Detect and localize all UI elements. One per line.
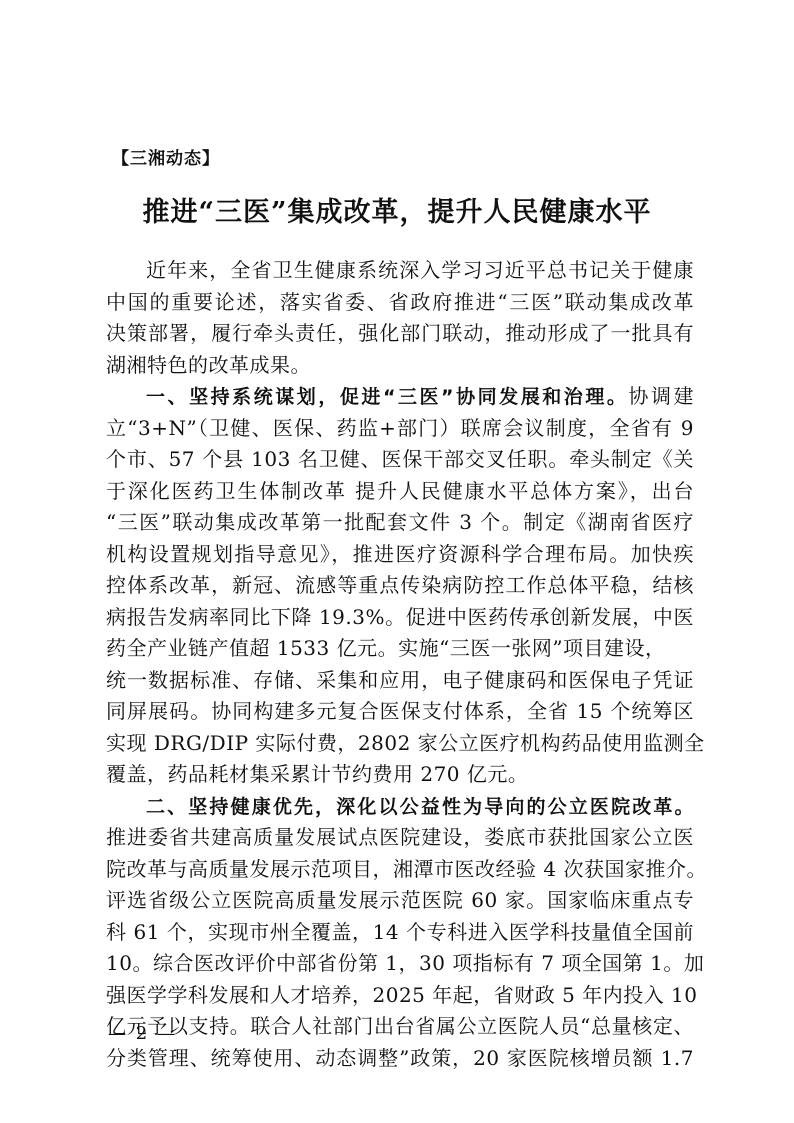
text-line: 同屏展码。协同构建多元复合医保支付体系，全省 15 个统筹区 bbox=[106, 696, 694, 728]
text-line: 中国的重要论述，落实省委、省政府推进“三医”联动集成改革 bbox=[106, 287, 694, 319]
section-1-heading: 一、坚持系统谋划，促进“三医”协同发展和治理。 bbox=[146, 386, 628, 408]
document-page: 【三湘动态】 推进“三医”集成改革，提升人民健康水平 近年来，全省卫生健康系统深… bbox=[0, 0, 794, 1123]
text-line: 分类管理、统筹使用、动态调整”政策，20 家医院核增员额 1.7 bbox=[106, 1043, 694, 1075]
text-line: 科 61 个，实现市州全覆盖，14 个专科进入医学科技量值全国前 bbox=[106, 917, 694, 949]
text-line: “三医”联动集成改革第一批配套文件 3 个。制定《湖南省医疗 bbox=[106, 507, 694, 539]
text-line: 控体系改革，新冠、流感等重点传染病防控工作总体平稳，结核 bbox=[106, 570, 694, 602]
text-line: 立“3+N”（卫健、医保、药监+部门）联席会议制度，全省有 9 bbox=[106, 413, 694, 445]
section-heading-line: 一、坚持系统谋划，促进“三医”协同发展和治理。协调建 bbox=[106, 381, 694, 413]
text-line: 药全产业链产值超 1533 亿元。实施“三医一张网”项目建设， bbox=[106, 633, 694, 665]
text-line: 亿元予以支持。联合人社部门出台省属公立医院人员“总量核定、 bbox=[106, 1011, 694, 1043]
text-line: 个市、57 个县 103 名卫健、医保干部交叉任职。牵头制定《关 bbox=[106, 444, 694, 476]
text-line: 院改革与高质量发展示范项目，湘潭市医改经验 4 次获国家推介。 bbox=[106, 854, 694, 886]
text-line: 于深化医药卫生体制改革 提升人民健康水平总体方案》，出台 bbox=[106, 476, 694, 508]
article-body: 近年来，全省卫生健康系统深入学习习近平总书记关于健康 中国的重要论述，落实省委、… bbox=[106, 255, 694, 1074]
text-line: 湖湘特色的改革成果。 bbox=[106, 350, 694, 382]
column-tag: 【三湘动态】 bbox=[112, 144, 220, 169]
article-title: 推进“三医”集成改革，提升人民健康水平 bbox=[0, 190, 794, 229]
text-line: 10。综合医改评价中部省份第 1，30 项指标有 7 项全国第 1。加 bbox=[106, 948, 694, 980]
page-number: — 2 — bbox=[108, 1023, 177, 1044]
text-line: 病报告发病率同比下降 19.3%。促进中医药传承创新发展，中医 bbox=[106, 602, 694, 634]
text-line: 评选省级公立医院高质量发展示范医院 60 家。国家临床重点专 bbox=[106, 885, 694, 917]
text-line: 强医学学科发展和人才培养，2025 年起，省财政 5 年内投入 10 bbox=[106, 980, 694, 1012]
text-line: 决策部署，履行牵头责任，强化部门联动，推动形成了一批具有 bbox=[106, 318, 694, 350]
text-line: 机构设置规划指导意见》，推进医疗资源科学合理布局。加快疾 bbox=[106, 539, 694, 571]
text-line: 实现 DRG/DIP 实际付费，2802 家公立医疗机构药品使用监测全 bbox=[106, 728, 694, 760]
text-line: 覆盖，药品耗材集采累计节约费用 270 亿元。 bbox=[106, 759, 694, 791]
section-heading-line: 二、坚持健康优先，深化以公益性为导向的公立医院改革。 bbox=[106, 791, 694, 823]
text-fragment: 协调建 bbox=[628, 384, 694, 408]
text-line: 统一数据标准、存储、采集和应用，电子健康码和医保电子凭证 bbox=[106, 665, 694, 697]
section-2-heading: 二、坚持健康优先，深化以公益性为导向的公立医院改革。 bbox=[146, 796, 694, 818]
text-line: 近年来，全省卫生健康系统深入学习习近平总书记关于健康 bbox=[106, 255, 694, 287]
text-line: 推进委省共建高质量发展试点医院建设，娄底市获批国家公立医 bbox=[106, 822, 694, 854]
